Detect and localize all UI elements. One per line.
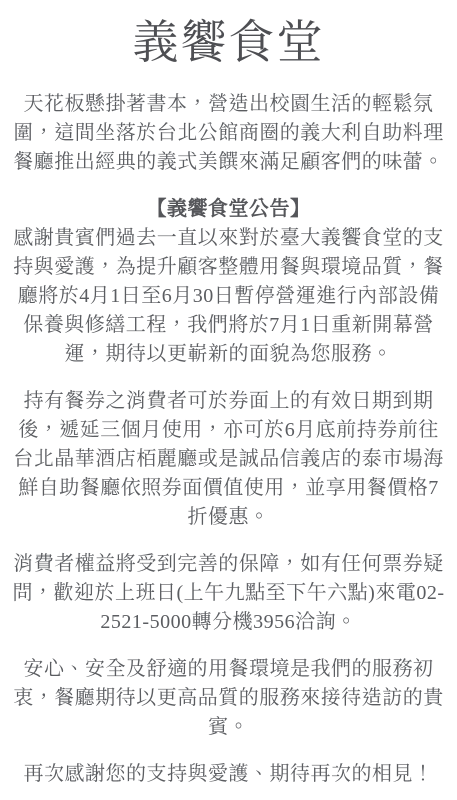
service-pledge-paragraph: 安心、安全及舒適的用餐環境是我們的服務初衷，餐廳期待以更高品質的服務來接待造訪的…	[10, 655, 447, 742]
notice-heading: 【義饗食堂公告】	[10, 195, 447, 224]
voucher-policy-paragraph: 持有餐券之消費者可於券面上的有效日期到期後，遞延三個月使用，亦可於6月底前持券前…	[10, 387, 447, 532]
page-title: 義饗食堂	[10, 14, 447, 72]
contact-info-paragraph: 消費者權益將受到完善的保障，如有任何票券疑問，歡迎於上班日(上午九點至下午六點)…	[10, 550, 447, 637]
intro-paragraph: 天花板懸掛著書本，營造出校園生活的輕鬆氛圍，這間坐落於台北公館商圈的義大利自助料…	[10, 90, 447, 177]
announcement-page: 義饗食堂 天花板懸掛著書本，營造出校園生活的輕鬆氛圍，這間坐落於台北公館商圈的義…	[0, 0, 457, 800]
farewell-line: 再次感謝您的支持與愛護、期待再次的相見！	[10, 760, 447, 789]
closure-notice-paragraph: 感謝貴賓們過去一直以來對於臺大義饗食堂的支持與愛護，為提升顧客整體用餐與環境品質…	[10, 224, 447, 369]
